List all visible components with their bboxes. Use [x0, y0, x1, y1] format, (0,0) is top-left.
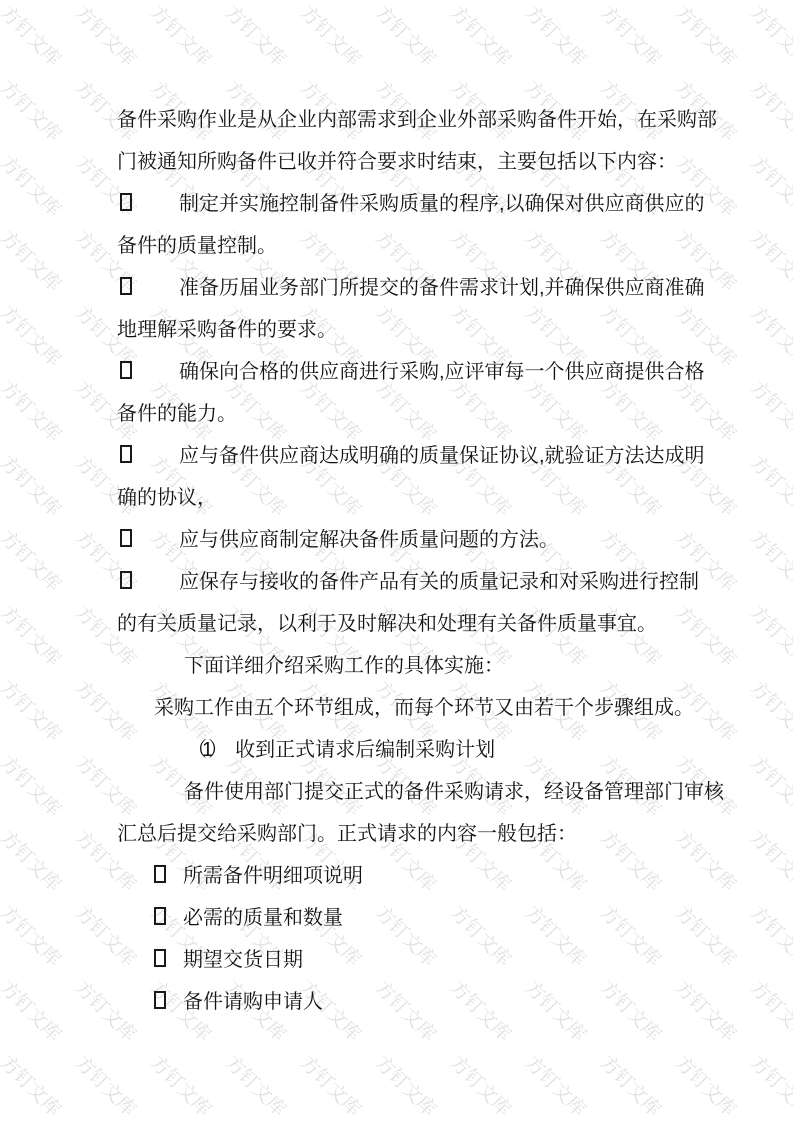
bullet-glyph: [120, 193, 132, 211]
bullet-glyph: [154, 991, 166, 1009]
line-text: 应保存与接收的备件产品有关的质量记录和对采购进行控制: [179, 571, 699, 593]
bullet-glyph: [154, 865, 166, 883]
bullet-item: 制定并实施控制备件采购质量的程序,以确保对供应商供应的: [0, 183, 793, 225]
document-body: 备件采购作业是从企业内部需求到企业外部采购备件开始，在采购部门被通知所购备件已收…: [0, 0, 793, 1122]
paragraph-line: 汇总后提交给采购部门。正式请求的内容一般包括：: [0, 813, 793, 855]
paragraph-line: 确的协议，: [0, 477, 793, 519]
bullet-glyph: [154, 907, 166, 925]
paragraph-line: 门被通知所购备件已收并符合要求时结束，主要包括以下内容：: [0, 141, 793, 183]
paragraph-line: 备件采购作业是从企业内部需求到企业外部采购备件开始，在采购部: [0, 99, 793, 141]
sub-bullet-item: 必需的质量和数量: [0, 897, 793, 939]
list-number: （1）: [187, 739, 223, 761]
indented-paragraph-line: 采购工作由五个环节组成，而每个环节又由若干个步骤组成。: [0, 687, 793, 729]
line-text: 制定并实施控制备件采购质量的程序,以确保对供应商供应的: [179, 193, 705, 215]
paragraph-line: 备件的质量控制。: [0, 225, 793, 267]
line-text: 备件的能力。: [117, 403, 237, 425]
line-text: 汇总后提交给采购部门。正式请求的内容一般包括：: [117, 823, 577, 845]
numbered-heading: （1）收到正式请求后编制采购计划: [0, 729, 793, 771]
line-text: 确保向合格的供应商进行采购,应评审每一个供应商提供合格: [179, 361, 705, 383]
line-text: 备件使用部门提交正式的备件采购请求，经设备管理部门审核: [184, 781, 724, 803]
line-text: 准备历届业务部门所提交的备件需求计划,并确保供应商准确: [179, 277, 705, 299]
paragraph-line: 地理解采购备件的要求。: [0, 309, 793, 351]
sub-bullet-item: 所需备件明细项说明: [0, 855, 793, 897]
document-page: 方钉文库方钉文库方钉文库方钉文库方钉文库方钉文库方钉文库方钉文库方钉文库方钉文库…: [0, 0, 793, 1122]
line-text: 地理解采购备件的要求。: [117, 319, 337, 341]
bullet-glyph: [120, 361, 132, 379]
indented-paragraph-line: 下面详细介绍采购工作的具体实施：: [0, 645, 793, 687]
line-text: 应与备件供应商达成明确的质量保证协议,就验证方法达成明: [179, 445, 705, 467]
bullet-item: 确保向合格的供应商进行采购,应评审每一个供应商提供合格: [0, 351, 793, 393]
line-text: 期望交货日期: [183, 949, 303, 971]
bullet-glyph: [120, 277, 132, 295]
paragraph-line: 备件的能力。: [0, 393, 793, 435]
bullet-glyph: [120, 571, 132, 589]
line-text: 下面详细介绍采购工作的具体实施：: [184, 655, 504, 677]
bullet-item: 应保存与接收的备件产品有关的质量记录和对采购进行控制: [0, 561, 793, 603]
line-text: 备件采购作业是从企业内部需求到企业外部采购备件开始，在采购部: [117, 109, 717, 131]
bullet-glyph: [154, 949, 166, 967]
line-text: 确的协议，: [117, 487, 217, 509]
line-text: 采购工作由五个环节组成，而每个环节又由若干个步骤组成。: [154, 697, 694, 719]
indented-paragraph-line: 备件使用部门提交正式的备件采购请求，经设备管理部门审核: [0, 771, 793, 813]
bullet-item: 准备历届业务部门所提交的备件需求计划,并确保供应商准确: [0, 267, 793, 309]
bullet-glyph: [120, 445, 132, 463]
line-text: 门被通知所购备件已收并符合要求时结束，主要包括以下内容：: [117, 151, 677, 173]
bullet-item: 应与备件供应商达成明确的质量保证协议,就验证方法达成明: [0, 435, 793, 477]
line-text: 必需的质量和数量: [183, 907, 343, 929]
sub-bullet-item: 期望交货日期: [0, 939, 793, 981]
paragraph-line: 的有关质量记录，以利于及时解决和处理有关备件质量事宜。: [0, 603, 793, 645]
line-text: 应与供应商制定解决备件质量问题的方法。: [179, 529, 559, 551]
line-text: 的有关质量记录，以利于及时解决和处理有关备件质量事宜。: [117, 613, 657, 635]
line-text: 备件的质量控制。: [117, 235, 277, 257]
line-text: 收到正式请求后编制采购计划: [235, 739, 495, 761]
bullet-item: 应与供应商制定解决备件质量问题的方法。: [0, 519, 793, 561]
line-text: 备件请购申请人: [183, 991, 323, 1013]
line-text: 所需备件明细项说明: [183, 865, 363, 887]
sub-bullet-item: 备件请购申请人: [0, 981, 793, 1023]
bullet-glyph: [120, 529, 132, 547]
